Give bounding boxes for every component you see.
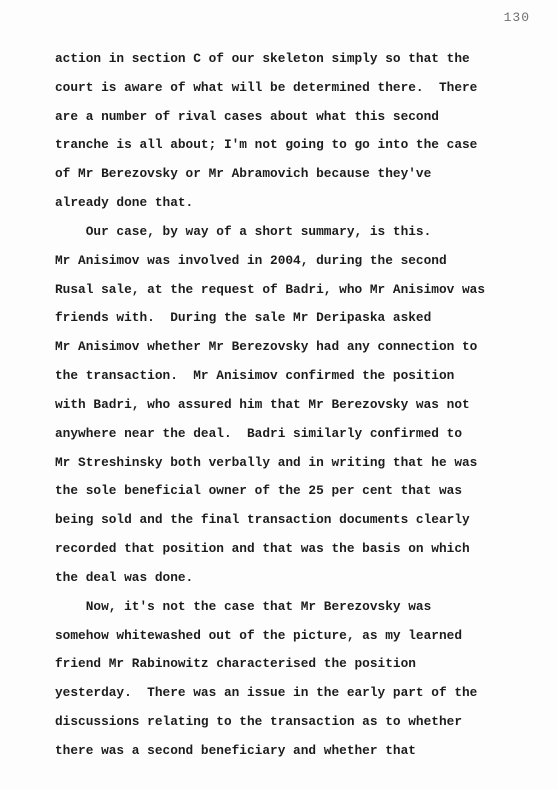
text-line: Mr Anisimov whether Mr Berezovsky had an… [55,333,535,362]
text-line: court is aware of what will be determine… [55,74,535,103]
text-line: being sold and the final transaction doc… [55,506,535,535]
text-line: Mr Anisimov was involved in 2004, during… [55,247,535,276]
text-line: tranche is all about; I'm not going to g… [55,131,535,160]
text-line: anywhere near the deal. Badri similarly … [55,420,535,449]
text-line: with Badri, who assured him that Mr Bere… [55,391,535,420]
text-line: the transaction. Mr Anisimov confirmed t… [55,362,535,391]
text-line: the sole beneficial owner of the 25 per … [55,477,535,506]
text-line: of Mr Berezovsky or Mr Abramovich becaus… [55,160,535,189]
text-line: Rusal sale, at the request of Badri, who… [55,276,535,305]
text-line: the deal was done. [55,564,535,593]
text-line: discussions relating to the transaction … [55,708,535,737]
text-line: there was a second beneficiary and wheth… [55,737,535,766]
text-line: action in section C of our skeleton simp… [55,45,535,74]
text-line: already done that. [55,189,535,218]
text-line: are a number of rival cases about what t… [55,103,535,132]
transcript-text: action in section C of our skeleton simp… [55,45,535,766]
text-line: Our case, by way of a short summary, is … [55,218,535,247]
text-line: Now, it's not the case that Mr Berezovsk… [55,593,535,622]
text-line: recorded that position and that was the … [55,535,535,564]
text-line: Mr Streshinsky both verbally and in writ… [55,449,535,478]
text-line: friends with. During the sale Mr Deripas… [55,304,535,333]
page-number: 130 [504,10,530,25]
text-line: friend Mr Rabinowitz characterised the p… [55,650,535,679]
text-line: yesterday. There was an issue in the ear… [55,679,535,708]
text-line: somehow whitewashed out of the picture, … [55,622,535,651]
transcript-page: 130 action in section C of our skeleton … [0,0,558,789]
